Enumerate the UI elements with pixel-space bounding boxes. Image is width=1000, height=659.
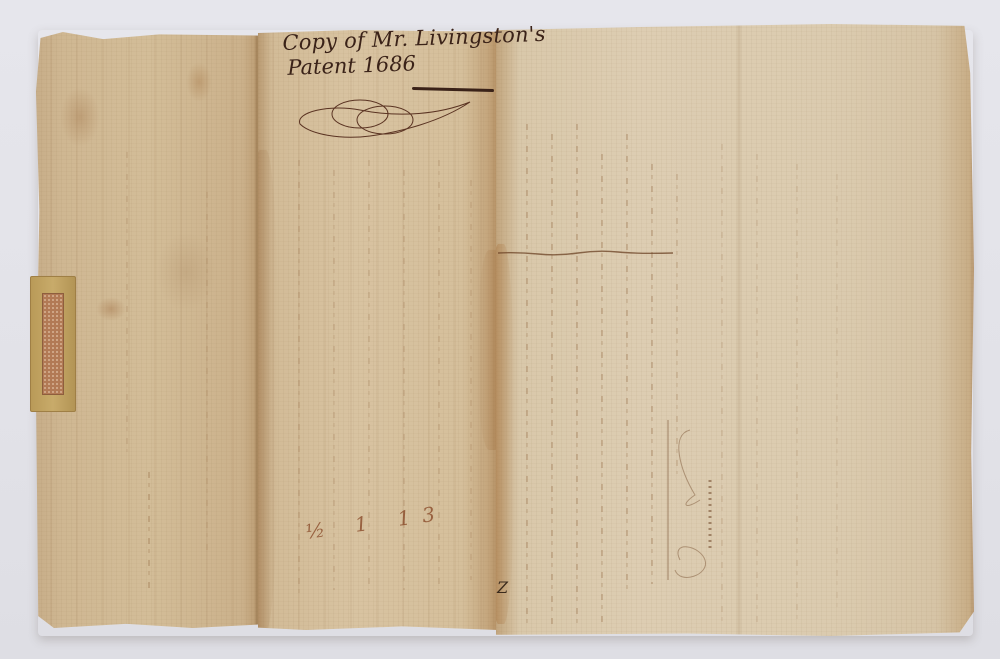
ghost-writing bbox=[626, 134, 628, 594]
ghost-signature bbox=[660, 410, 730, 590]
ghost-writing bbox=[836, 174, 838, 614]
pen-flourish bbox=[290, 92, 490, 142]
tab-fabric-patch bbox=[42, 293, 64, 395]
ghost-writing bbox=[796, 164, 798, 624]
ghost-writing bbox=[126, 152, 128, 452]
ghost-writing bbox=[576, 124, 578, 624]
ghost-writing bbox=[526, 124, 528, 624]
ghost-writing bbox=[298, 160, 300, 600]
ghost-writing bbox=[756, 154, 758, 624]
ghost-writing bbox=[470, 180, 472, 580]
ghost-writing bbox=[206, 192, 208, 552]
paper-crease bbox=[498, 250, 673, 256]
ghost-writing bbox=[551, 134, 553, 624]
ghost-writing bbox=[438, 160, 440, 590]
right-leaf bbox=[496, 24, 974, 636]
corner-mark: Z bbox=[497, 583, 515, 605]
ghost-writing bbox=[651, 164, 653, 584]
fold-line bbox=[736, 24, 742, 636]
binding-tab bbox=[30, 276, 76, 412]
ghost-writing bbox=[601, 154, 603, 624]
title-inscription: Copy of Mr. Livingston's Patent 1686 bbox=[282, 22, 499, 79]
paper-texture bbox=[496, 24, 974, 636]
ghost-writing bbox=[148, 472, 150, 592]
manuscript-photo: Copy of Mr. Livingston's Patent 1686 ½ 1… bbox=[0, 0, 1000, 659]
